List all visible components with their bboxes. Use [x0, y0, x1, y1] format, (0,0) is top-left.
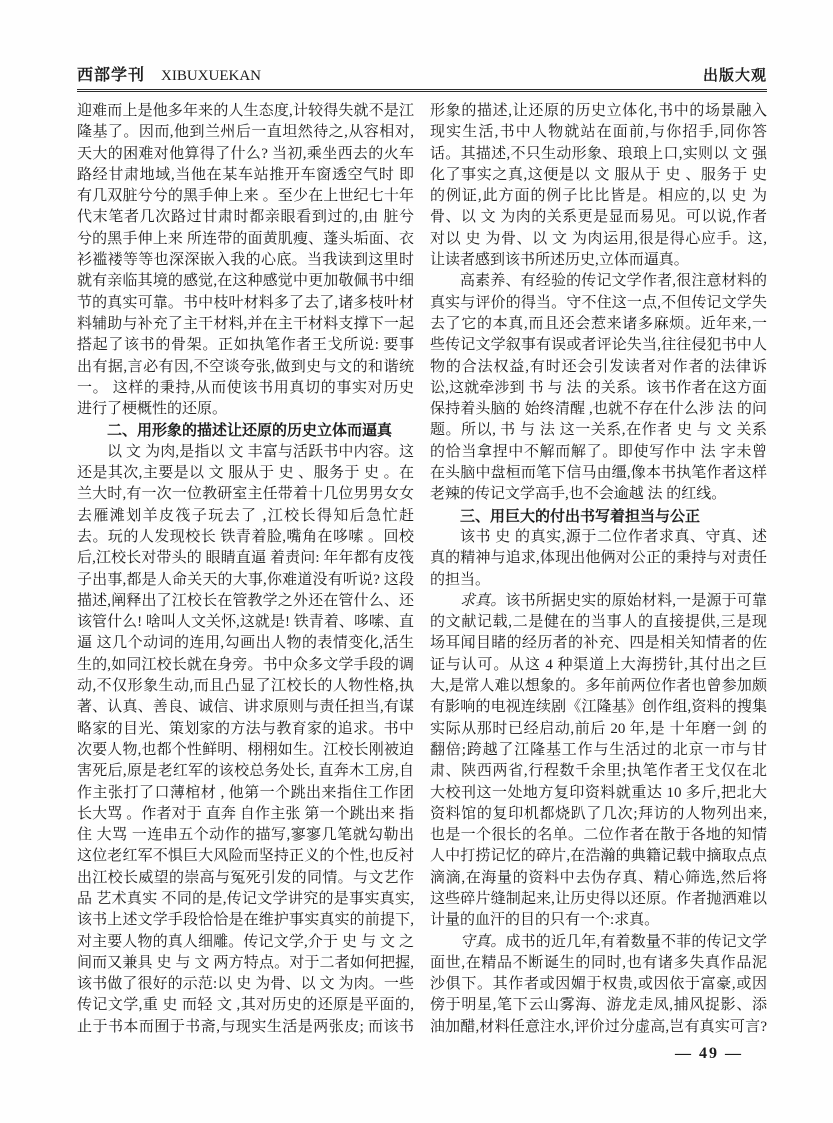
journal-name-en: XIBUXUEKAN: [161, 68, 261, 84]
section-label: 出版大观: [703, 64, 767, 85]
article-body: 迎难而上是他多年来的人生态度,计较得失就不是江隆基了。因而,他到兰州后一直坦然待…: [77, 101, 767, 1039]
article-paragraph: 该书 史 的真实,源于二位作者求真、守真、述真的精神与追求,体现出他俩对公正的秉…: [430, 527, 767, 591]
paragraph-lead: 求真。: [460, 593, 505, 609]
journal-title: 西部学刊 XIBUXUEKAN: [77, 62, 261, 85]
section-heading: 二、用形象的描述让还原的历史立体而逼真: [77, 420, 414, 441]
journal-name-cn: 西部学刊: [77, 67, 145, 84]
article-paragraph: 高素养、有经验的传记文学作者,很注意材料的真实与评价的得当。守不住这一点,不但传…: [430, 271, 767, 505]
page-number: — 49 —: [675, 1045, 743, 1063]
article-paragraph: 迎难而上是他多年来的人生态度,计较得失就不是江隆基了。因而,他到兰州后一直坦然待…: [77, 101, 414, 420]
section-heading: 三、用巨大的付出书写着担当与公正: [430, 506, 767, 527]
paragraph-lead: 守真。: [460, 934, 505, 950]
journal-page: 西部学刊 XIBUXUEKAN 出版大观 迎难而上是他多年来的人生态度,计较得失…: [0, 0, 833, 1123]
article-paragraph: 求真。该书所据史实的原始材料,一是源于可靠的文献记载,二是健在的当事人的直接提供…: [430, 591, 767, 932]
page-header: 西部学刊 XIBUXUEKAN 出版大观: [77, 62, 767, 92]
page-footer: — 49 —: [77, 1045, 767, 1063]
